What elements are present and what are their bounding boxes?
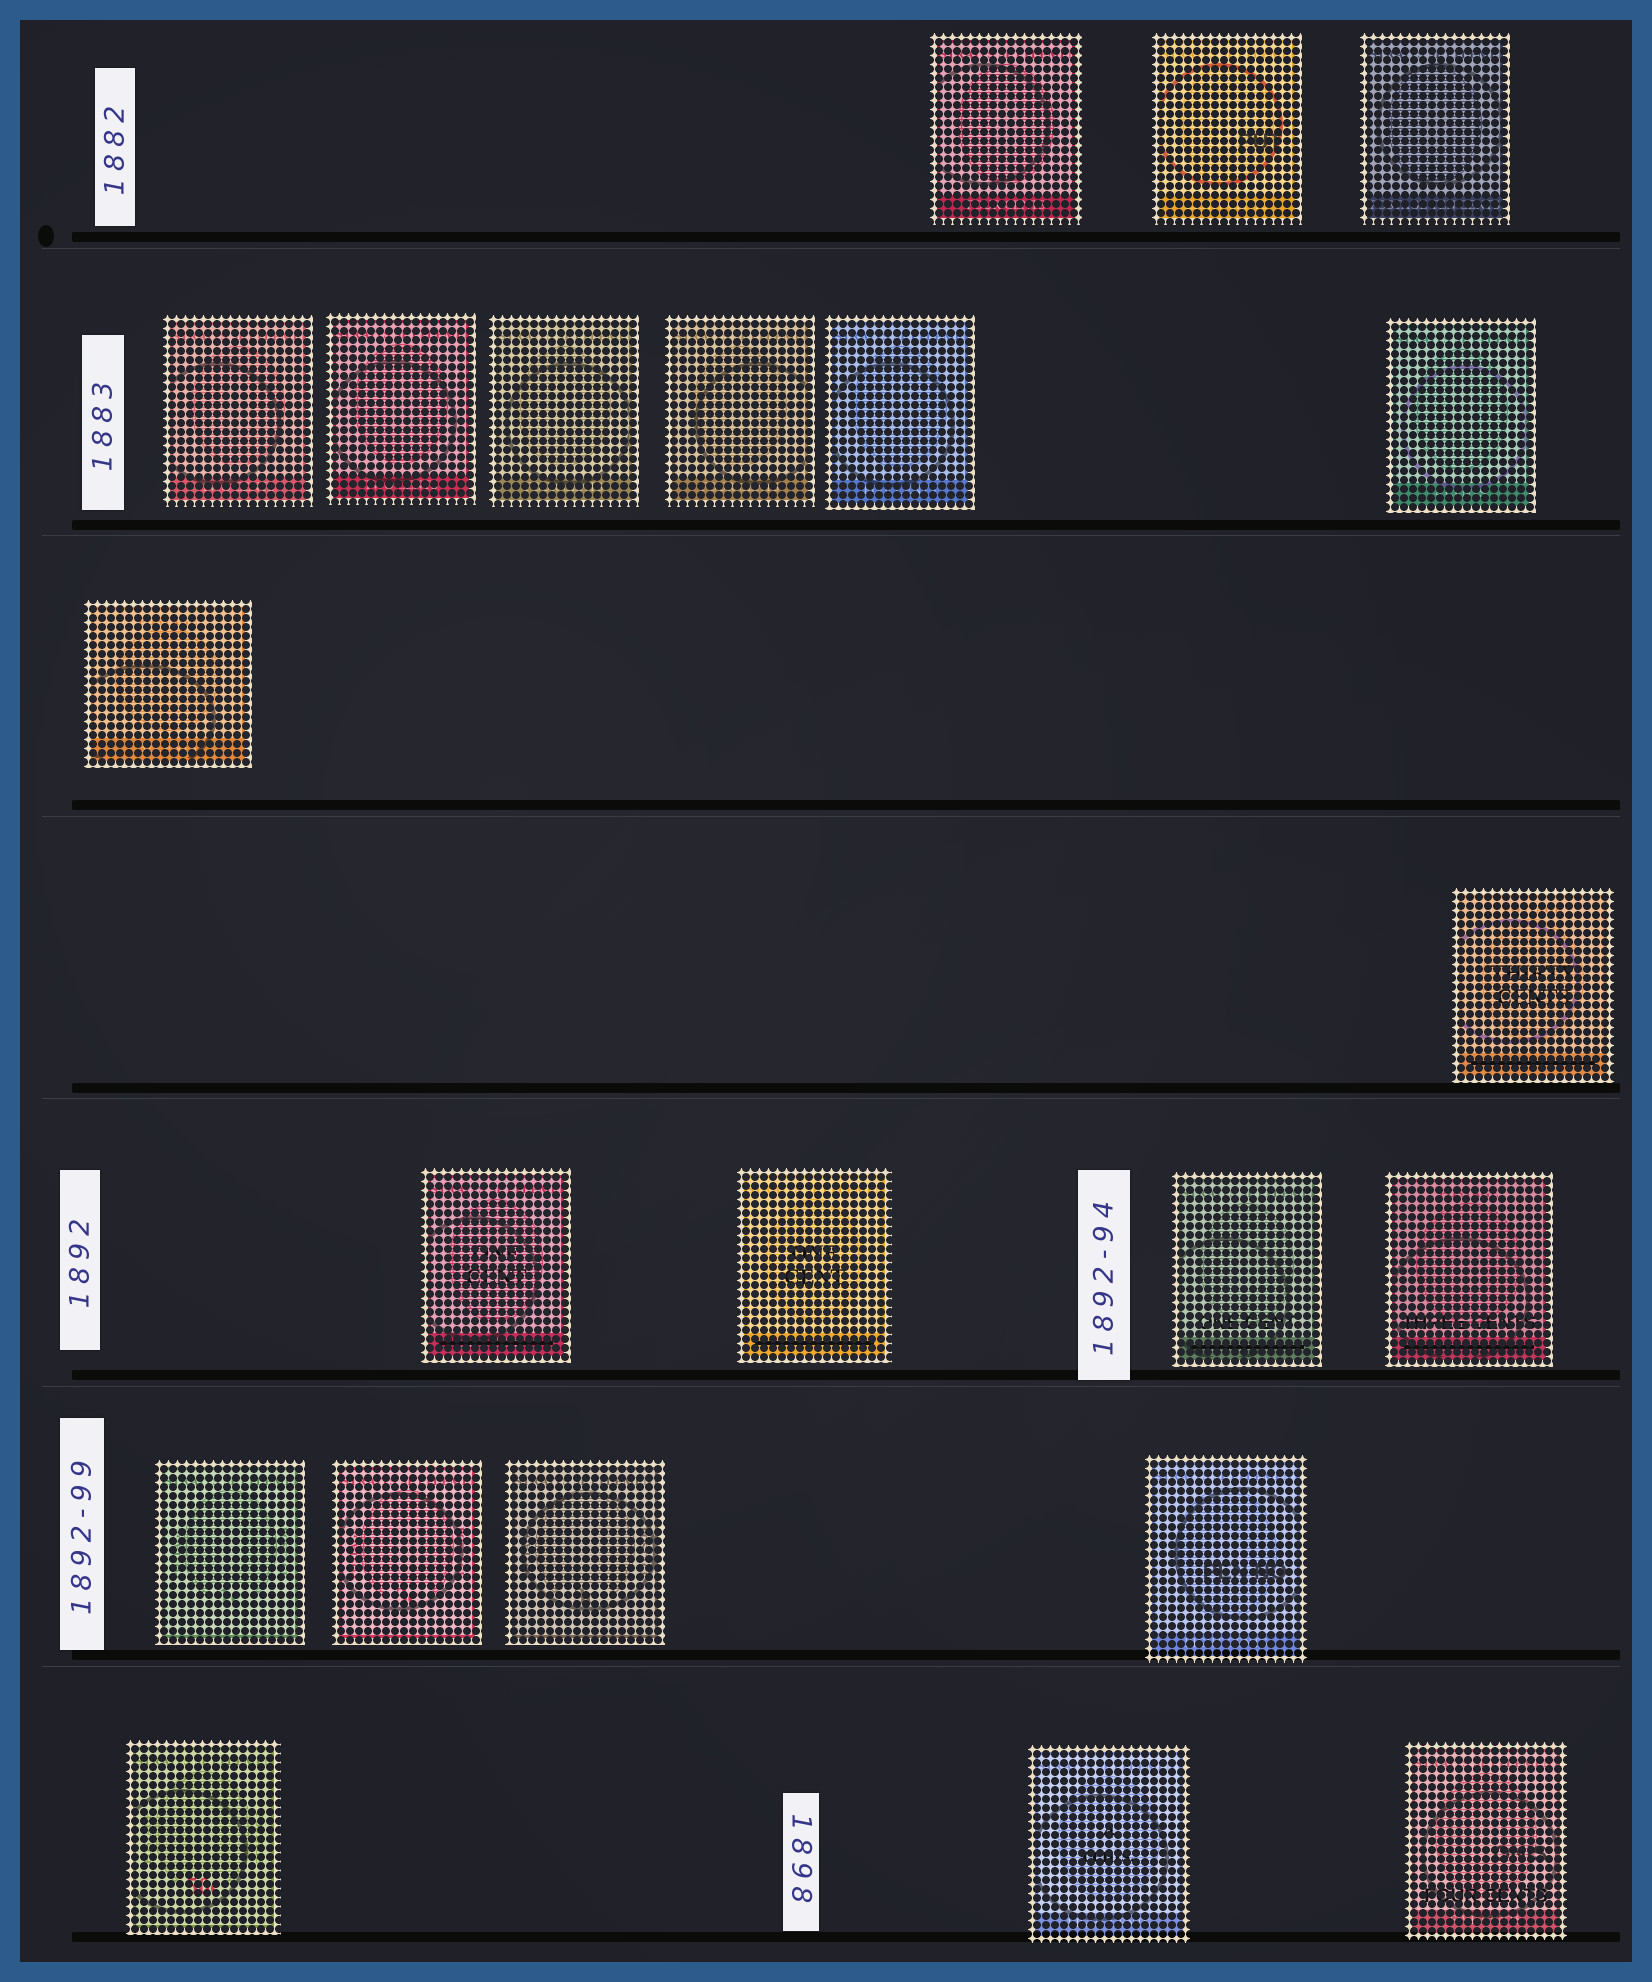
stamp-country: STRAITS SETTLEMENTS	[1038, 1759, 1180, 1774]
stamp-frame: STRAITS SETTLEMENTS4 CENTS	[1393, 325, 1529, 506]
stamp: STRAITS SETTLEMENTSEIGHT CENTSONE CENT	[1172, 1172, 1322, 1367]
stamp-frame: STRAITS SETTLEMENTSEIGHT CENTSONE CENT	[1179, 1179, 1315, 1360]
year-label: 1892-94	[1078, 1170, 1130, 1380]
stamp-frame: STRAITS SETTLEMENTSPOSTAGEPOSTAGE3c	[339, 1467, 475, 1638]
stamp: STRAITS SETTLEMENTS POSTAGEFIVE CENTSFOU…	[1405, 1742, 1567, 1940]
cancellation-mark-icon	[1392, 1237, 1530, 1360]
stamp-country: STRAITS SETTLEMENTS	[499, 329, 629, 344]
postmark-text: PEN NO	[1203, 1559, 1287, 1585]
portrait-head	[216, 1522, 243, 1571]
stamp-country: STRAITS SETTLEMENTS	[1182, 1186, 1312, 1201]
stamp-country: STRAITS SETTLEMENTS	[136, 1754, 271, 1769]
cancellation-mark-icon	[1035, 1794, 1169, 1921]
stamp-frame: STRAITS SETTLEMENTS POSTAGEFIVE CENTSFOU…	[1412, 1749, 1560, 1933]
year-label-text: 1892-99	[67, 1453, 98, 1615]
overprint-bar	[755, 1341, 874, 1345]
stamp: STRAITS SETTLEMENTSFOUR CENTS	[489, 315, 639, 507]
stamp-country: STRAITS SETTLEMENTS	[1396, 332, 1526, 347]
stamp-frame: STRAITS SETTLEMENTSFOUR CENTS	[672, 322, 808, 500]
stamp-frame: STRAITS SETTLEMENTSTWO CENTSONE CENT	[428, 1175, 564, 1356]
overprint-bar	[439, 1341, 553, 1345]
stamp: POSTAGE32 CENTS	[84, 600, 252, 768]
year-label-text: 1883	[88, 374, 119, 471]
stamp-frame: STRAITS SETTLEMENTSTWO CENTS	[333, 320, 469, 498]
year-label: 1892	[60, 1170, 100, 1350]
stamp: STRAITS SETTLEMENTSPOSTAGEPOSTAGE50c	[126, 1740, 281, 1935]
stamp: STRAITS SETTLEMENTSTWO CENTS	[163, 315, 313, 507]
cancellation-mark-icon	[521, 1492, 657, 1611]
stamp: POSTAGE32 CENTSTHREE CENTS	[1385, 1172, 1553, 1367]
stamp-country: STRAITS SETTLEMENTS	[515, 1474, 655, 1489]
year-label: 1892-99	[60, 1418, 104, 1650]
stamp-denomination: EIGHT CENTS	[1155, 1633, 1297, 1653]
strip-divider	[72, 1083, 1620, 1093]
year-label-text: 1892	[65, 1212, 96, 1309]
cancellation-mark-icon	[1401, 365, 1529, 490]
stamp-denomination: POSTAGE TEN CENTS	[1370, 195, 1500, 215]
year-label-text: 1892-94	[1089, 1194, 1120, 1356]
stamp-frame: STRAITS SETTLEMENTSPOSTAGEPOSTAGE1c	[162, 1467, 298, 1638]
strip-divider	[72, 232, 1620, 242]
postmark-text: PUT	[1238, 129, 1282, 155]
stamp-frame: STRAITS SETTLEMENTSFOUR CENTS	[937, 40, 1075, 218]
overprint-bar	[1471, 1061, 1596, 1065]
stamp: STRAITS SETTLEMENTSFOUR CENTS	[665, 315, 815, 507]
stamp: STRAITS SETTLEMENTSPOSTAGEPOSTAGE3c	[332, 1460, 482, 1645]
stamp: STRAITS SETTLEMENTSPOSTAGEPOSTAGE3c	[505, 1460, 665, 1645]
stamp: POSTAGE32 CENTSTHIRTY CENTS	[1452, 888, 1614, 1083]
strip-divider	[72, 800, 1620, 810]
stamp-country: STRAITS SETTLEMENTS	[747, 1182, 882, 1197]
year-label-text: 1882	[100, 99, 131, 196]
cancellation-mark-icon	[339, 1492, 463, 1611]
cancellation-mark-icon	[333, 360, 457, 483]
stamp-denomination: EIGHT CENTS	[1162, 195, 1292, 215]
strip-line	[42, 535, 1620, 536]
strip-line	[42, 248, 1620, 249]
stamp: STRAITS SETTLEMENTSPOSTAGE TEN CENTS	[1360, 33, 1510, 225]
stamp-country: STRAITS SETTLEMENTS	[431, 1182, 561, 1197]
stamp-country: STRAITS SETTLEMENTS	[1155, 1469, 1297, 1484]
cancellation-mark-icon	[1159, 63, 1283, 186]
year-label: 1898	[783, 1793, 819, 1931]
stamp-frame: STRAITS SETTLEMENTSFOUR CENTS	[496, 322, 632, 500]
stamp-frame: POSTAGE32 CENTS	[91, 607, 245, 761]
stamp-frame: STRAITS SETTLEMENTSPOSTAGE TEN CENTS	[1367, 40, 1503, 218]
strip-line	[42, 1098, 1620, 1099]
stamp-country: STRAITS SETTLEMENTS POSTAGE	[835, 329, 965, 344]
stamp-country: POSTAGE	[1462, 902, 1604, 917]
stamp: STRAITS SETTLEMENTSEIGHT CENTSONE CENT	[737, 1168, 892, 1363]
postmark-text: ONIS	[1493, 1841, 1547, 1867]
year-label: 1882	[95, 68, 135, 226]
stamp-frame: STRAITS SETTLEMENTSEIGHT CENTSPEN NO	[1152, 1462, 1300, 1656]
stamp: STRAITS SETTLEMENTSEIGHT CENTSPUT	[1152, 33, 1302, 225]
year-label-text: 1898	[786, 1814, 817, 1911]
stamp-denomination: FOUR CENTS	[940, 195, 1072, 215]
stamp-value: 1c	[204, 1583, 256, 1611]
cancellation-mark-icon	[505, 362, 632, 485]
stamp-country: POSTAGE	[1395, 1186, 1543, 1201]
stamp-country: STRAITS SETTLEMENTS POSTAGE	[1415, 1756, 1557, 1771]
stamp: STRAITS SETTLEMENTSEIGHT CENTSPEN NO	[1145, 1455, 1307, 1663]
stamp-country: STRAITS SETTLEMENTS	[940, 47, 1072, 62]
stamp-frame: STRAITS SETTLEMENTSPOSTAGEPOSTAGE3c	[512, 1467, 658, 1638]
strip-divider	[72, 1370, 1620, 1380]
stamp-frame: STRAITS SETTLEMENTSTWO CENTS	[170, 322, 306, 500]
stamp-country: STRAITS SETTLEMENTS	[165, 1474, 295, 1489]
stamp: STRAITS SETTLEMENTSTWO CENTSONE CENT	[421, 1168, 571, 1363]
stamp-country: STRAITS SETTLEMENTS	[1162, 47, 1292, 62]
stamp-frame: POSTAGE32 CENTSTHIRTY CENTS	[1459, 895, 1607, 1076]
strip-line	[42, 1666, 1620, 1667]
stamp-frame: STRAITS SETTLEMENTSEIGHT CENTS4 cents.	[1035, 1752, 1183, 1936]
stamp-frame: STRAITS SETTLEMENTSEIGHT CENTSPUT	[1159, 40, 1295, 218]
stamp: STRAITS SETTLEMENTSFOUR CENTS	[930, 33, 1082, 225]
stamp: STRAITS SETTLEMENTS POSTAGEFIVE CENTS	[825, 315, 975, 510]
stamp-country: POSTAGE	[94, 614, 242, 629]
stamp: STRAITS SETTLEMENTSPOSTAGEPOSTAGE1c	[155, 1460, 305, 1645]
cancellation-mark-icon	[1174, 1487, 1300, 1620]
strip-line	[42, 816, 1620, 817]
strip-divider	[72, 1650, 1620, 1660]
strip-line	[42, 1386, 1620, 1387]
stamp-country: STRAITS SETTLEMENTS	[675, 329, 805, 344]
stamp-frame: STRAITS SETTLEMENTS POSTAGEFIVE CENTS	[832, 322, 968, 503]
stamp-side-text: POSTAGE	[171, 1527, 183, 1579]
stamp: STRAITS SETTLEMENTSTWO CENTS	[326, 313, 476, 505]
stamp-country: STRAITS SETTLEMENTS	[336, 327, 466, 342]
stamp-side-text: POSTAGE	[277, 1527, 289, 1579]
cancellation-mark-icon	[832, 362, 955, 487]
stamp: STRAITS SETTLEMENTS4 CENTS	[1386, 318, 1536, 513]
stamp-side-text: POSTAGE	[253, 1812, 265, 1864]
stamp-frame: POSTAGE32 CENTSTHREE CENTS	[1392, 1179, 1546, 1360]
stamp: STRAITS SETTLEMENTSEIGHT CENTS4 cents.	[1028, 1745, 1190, 1943]
cancellation-mark-icon	[1376, 63, 1503, 186]
album-page: 1882 1883 1892 1892-94 1892-99 1898 STRA…	[20, 20, 1632, 1962]
strip-divider	[72, 520, 1620, 530]
stamp-country: STRAITS SETTLEMENTS	[342, 1474, 472, 1489]
stamp-country: STRAITS SETTLEMENTS	[173, 329, 303, 344]
stamp-overprint: ONE CENT	[747, 1241, 882, 1289]
stamp-frame: STRAITS SETTLEMENTSEIGHT CENTSONE CENT	[744, 1175, 885, 1356]
strip-divider	[72, 1932, 1620, 1942]
year-label: 1883	[82, 335, 124, 510]
hole-icon	[38, 225, 54, 247]
cancellation-mark-icon	[694, 362, 808, 485]
stamp-frame: STRAITS SETTLEMENTSPOSTAGEPOSTAGE50c	[133, 1747, 274, 1928]
stamp-country: STRAITS SETTLEMENTS	[1370, 47, 1500, 62]
